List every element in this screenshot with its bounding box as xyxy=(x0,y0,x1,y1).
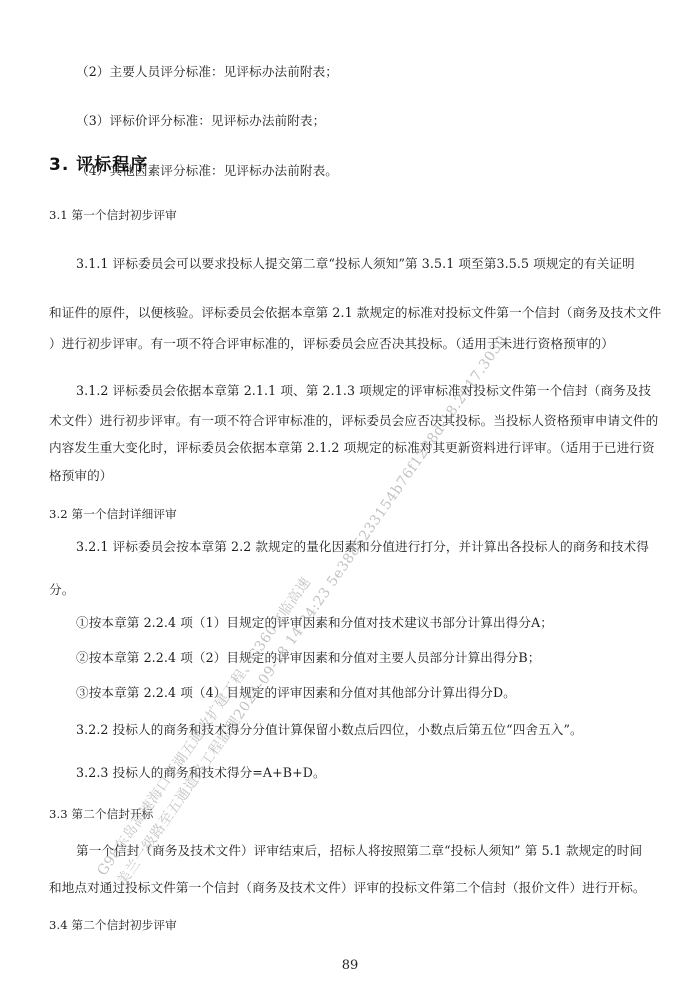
para-3-1-1-line-2: 和证件的原件，以便核验。评标委员会依据本章第 2.1 款规定的标准对投标文件第一… xyxy=(49,305,661,321)
subsection-3-4-title: 3.4 第二个信封初步评审 xyxy=(49,917,177,933)
subsection-3-1-title: 3.1 第一个信封初步评审 xyxy=(49,207,177,223)
para-3-1-2-line-3: 内容发生重大变化时，评标委员会依据本章第 2.1.2 项规定的标准对其更新资料进… xyxy=(49,440,655,456)
para-3-2-1-line-1: 3.2.1 评标委员会按本章第 2.2 款规定的量化因素和分值进行打分，并计算出… xyxy=(76,539,649,555)
score-item-b: ②按本章第 2.2.4 项（2）目规定的评审因素和分值对主要人员部分计算出得分B… xyxy=(76,650,540,666)
criteria-item-2: （2）主要人员评分标准：见评标办法前附表； xyxy=(76,64,338,80)
para-3-1-1-line-1: 3.1.1 评标委员会可以要求投标人提交第二章“投标人须知”第 3.5.1 项至… xyxy=(76,256,635,272)
score-item-a: ①按本章第 2.2.4 项（1）目规定的评审因素和分值对技术建议书部分计算出得分… xyxy=(76,615,553,631)
para-3-2-2: 3.2.2 投标人的商务和技术得分分值计算保留小数点后四位，小数点后第五位“四舍… xyxy=(76,722,583,738)
score-item-d: ③按本章第 2.2.4 项（4）目规定的评审因素和分值对其他部分计算出得分D。 xyxy=(76,685,516,701)
page-number: 89 xyxy=(0,958,700,973)
para-3-2-3: 3.2.3 投标人的商务和技术得分=A+B+D。 xyxy=(76,765,326,781)
para-3-3-line-2: 和地点对通过投标文件第一个信封（商务及技术文件）评审的投标文件第二个信封（报价文… xyxy=(49,880,646,896)
para-3-1-2-line-2: 术文件）进行初步评审。有一项不符合评审标准的，评标委员会应否决其投标。当投标人资… xyxy=(49,413,658,429)
document-page: （2）主要人员评分标准：见评标办法前附表； （3）评标价评分标准：见评标办法前附… xyxy=(0,0,700,990)
para-3-1-2-line-4: 格预审的） xyxy=(49,468,112,484)
para-3-1-2-line-1: 3.1.2 评标委员会依据本章第 2.1.1 项、第 2.1.3 项规定的评审标… xyxy=(76,383,651,399)
criteria-item-3: （3）评标价评分标准：见评标办法前附表； xyxy=(76,113,325,129)
section-heading: 3. 评标程序 xyxy=(49,154,148,176)
subsection-3-2-title: 3.2 第一个信封详细评审 xyxy=(49,506,177,522)
para-3-2-1-line-2: 分。 xyxy=(49,582,74,598)
subsection-3-3-title: 3.3 第二个信封开标 xyxy=(49,806,153,822)
para-3-3-line-1: 第一个信封（商务及技术文件）评审结束后，招标人将按照第二章“投标人须知” 第 5… xyxy=(76,843,642,859)
para-3-1-1-line-3: ）进行初步评审。有一项不符合评审标准的，评标委员会应否决其投标。（适用于未进行资… xyxy=(49,336,614,352)
